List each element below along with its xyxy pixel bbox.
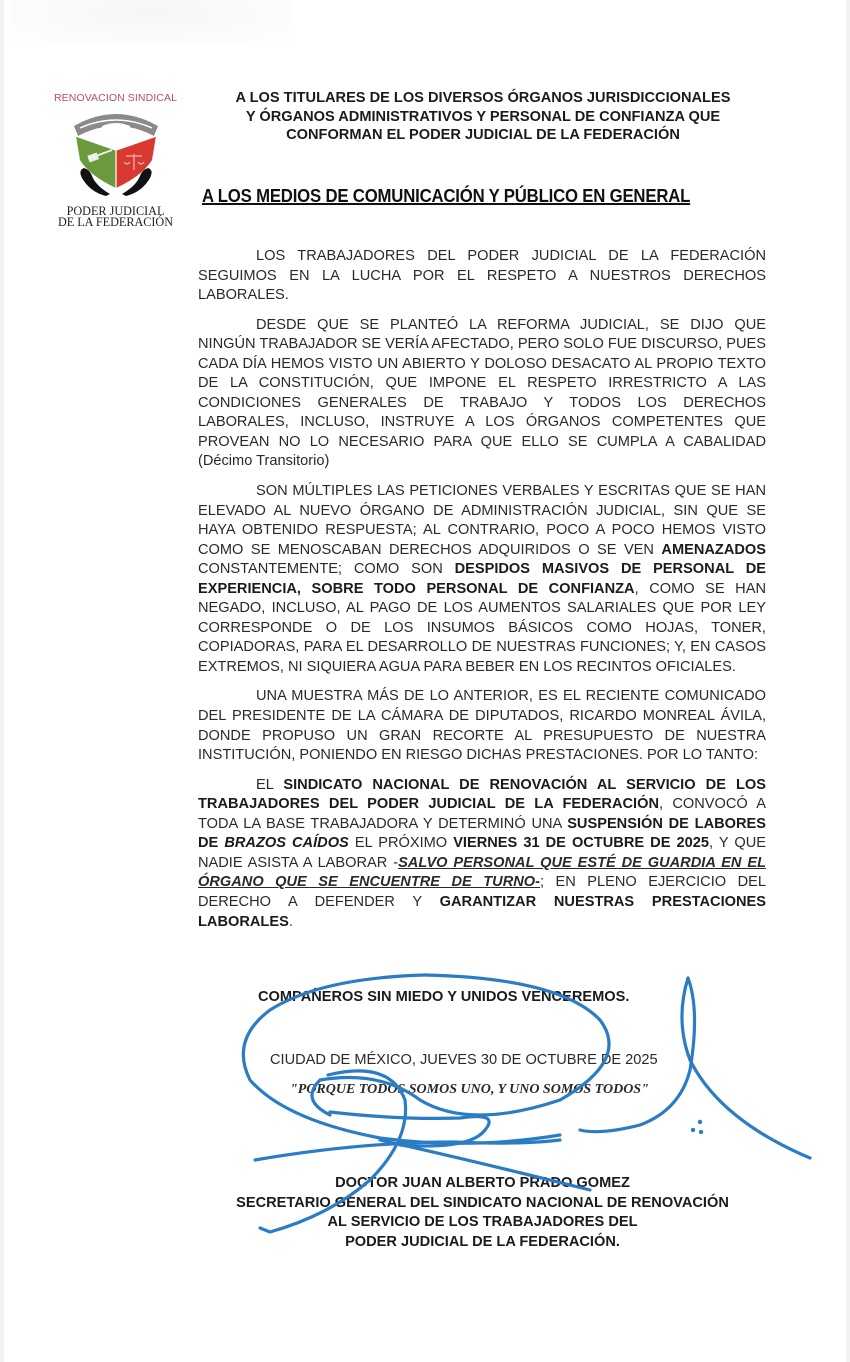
p5-bold: VIERNES 31 DE OCTUBRE DE 2025	[453, 835, 709, 851]
logo-title: RENOVACION SINDICAL	[48, 92, 183, 104]
p5-text: .	[289, 914, 293, 930]
paragraph-4: UNA MUESTRA MÁS DE LO ANTERIOR, ES EL RE…	[198, 687, 766, 765]
paragraph-5: EL SINDICATO NACIONAL DE RENOVACIÓN AL S…	[198, 776, 766, 932]
p5-text: EL	[256, 777, 283, 793]
addressee-line: Y ÓRGANOS ADMINISTRATIVOS Y PERSONAL DE …	[198, 108, 768, 127]
paragraph-2-text: DESDE QUE SE PLANTEÓ LA REFORMA JUDICIAL…	[198, 317, 766, 450]
signatory-title: AL SERVICIO DE LOS TRABAJADORES DEL	[195, 1213, 770, 1233]
paragraph-2-note: (Décimo Transitorio)	[198, 453, 329, 469]
signatory-title: PODER JUDICIAL DE LA FEDERACIÓN.	[195, 1233, 770, 1253]
signatory-name: DOCTOR JUAN ALBERTO PRADO GOMEZ	[195, 1174, 770, 1194]
addressee-line: CONFORMAN EL PODER JUDICIAL DE LA FEDERA…	[198, 126, 768, 145]
motto: "PORQUE TODOS SOMOS UNO, Y UNO SOMOS TOD…	[290, 1082, 649, 1098]
p5-bold-italic: BRAZOS CAÍDOS	[224, 835, 348, 851]
addressee-line: A LOS TITULARES DE LOS DIVERSOS ÓRGANOS …	[198, 89, 768, 108]
paragraph-3: SON MÚLTIPLES LAS PETICIONES VERBALES Y …	[198, 482, 766, 677]
union-logo: RENOVACION SINDICAL PODER JUDICIAL DE LA…	[48, 90, 183, 235]
p5-text: EL PRÓXIMO	[349, 835, 453, 851]
shield-emblem-icon	[66, 106, 166, 198]
signatory-block: DOCTOR JUAN ALBERTO PRADO GOMEZ SECRETAR…	[195, 1174, 770, 1252]
p3-text: CONSTANTEMENTE; COMO SON	[198, 561, 455, 577]
closing-slogan: COMPAÑEROS SIN MIEDO Y UNIDOS VENCEREMOS…	[258, 989, 629, 1005]
logo-subtitle-line2: DE LA FEDERACIÓN	[48, 217, 183, 228]
p3-bold: AMENAZADOS	[661, 542, 766, 558]
scan-artifact	[10, 0, 290, 45]
place-date: CIUDAD DE MÉXICO, JUEVES 30 DE OCTUBRE D…	[270, 1052, 658, 1068]
media-heading: A LOS MEDIOS DE COMUNICACIÓN Y PÚBLICO E…	[202, 186, 728, 207]
addressee-heading: A LOS TITULARES DE LOS DIVERSOS ÓRGANOS …	[198, 89, 768, 145]
page-edge-left	[0, 0, 4, 1362]
paragraph-1: LOS TRABAJADORES DEL PODER JUDICIAL DE L…	[198, 247, 766, 306]
page-edge-right	[846, 0, 850, 1362]
logo-subtitle: PODER JUDICIAL DE LA FEDERACIÓN	[48, 206, 183, 228]
paragraph-2: DESDE QUE SE PLANTEÓ LA REFORMA JUDICIAL…	[198, 316, 766, 472]
document-body: LOS TRABAJADORES DEL PODER JUDICIAL DE L…	[198, 247, 766, 942]
signatory-title: SECRETARIO GENERAL DEL SINDICATO NACIONA…	[195, 1194, 770, 1214]
